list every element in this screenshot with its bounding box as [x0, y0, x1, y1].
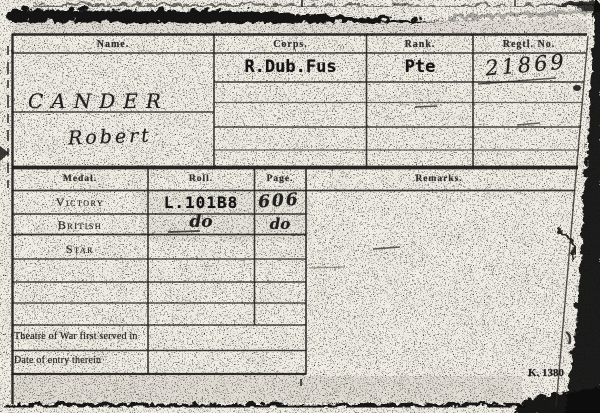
page-column-header: Page.: [254, 175, 306, 185]
forename-value: Robert: [68, 127, 152, 149]
medal-row-star-label: Star: [12, 243, 148, 255]
remarks-column-header: Remarks.: [306, 175, 572, 185]
victory-roll-value: L.101B8: [148, 195, 254, 211]
medal-row-victory-label: Victory: [12, 196, 148, 208]
british-roll-value: do: [148, 214, 254, 231]
rank-column-header: Rank.: [367, 40, 473, 50]
name-column-header: Name.: [12, 40, 214, 50]
medal-index-card: Name. Corps. Rank. Regtl. No. R.Dub.Fus …: [0, 0, 600, 413]
medal-column-header: Medal.: [12, 175, 148, 185]
corps-value: R.Dub.Fus: [214, 59, 367, 76]
surname-value: CANDER: [28, 91, 169, 111]
date-of-entry-label: Date of entry therein: [14, 356, 154, 366]
form-print-code: K. 1380: [528, 368, 580, 379]
theatre-of-war-label: Theatre of War first served in: [14, 332, 154, 342]
regtl-no-column-header: Regtl. No.: [473, 40, 585, 50]
rank-value: Pte: [367, 59, 473, 76]
victory-page-value: 606: [251, 191, 306, 212]
corps-column-header: Corps.: [214, 40, 367, 50]
roll-column-header: Roll.: [148, 175, 254, 185]
british-page-value: do: [254, 217, 306, 232]
medal-row-british-label: British: [12, 219, 148, 231]
